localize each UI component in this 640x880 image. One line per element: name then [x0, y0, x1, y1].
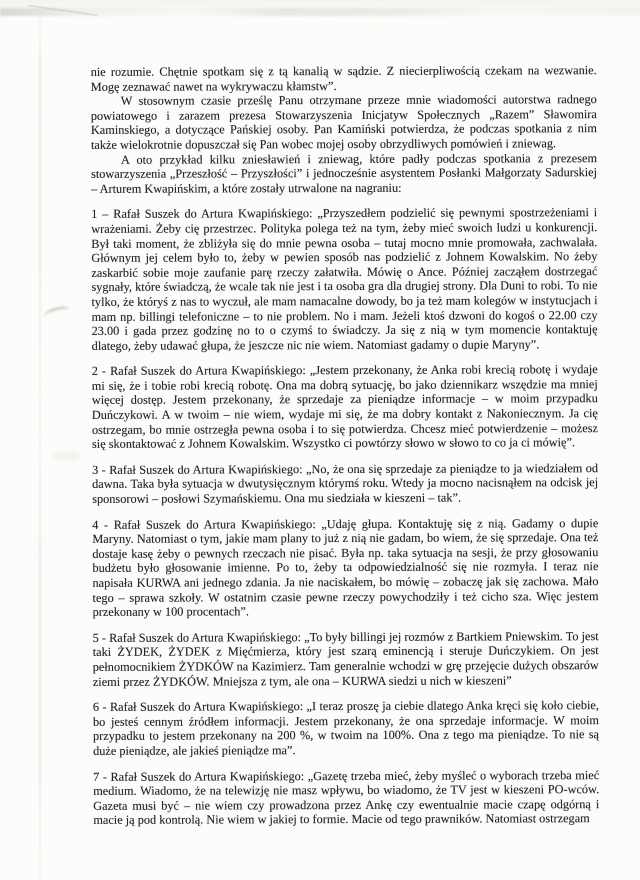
- quote-item-7: 7 - Rafał Suszek do Artura Kwapińskiego:…: [93, 768, 599, 828]
- scanned-page: nie rozumie. Chętnie spotkam się z tą ka…: [0, 0, 640, 880]
- paragraph-continuation: nie rozumie. Chętnie spotkam się z tą ka…: [91, 63, 597, 94]
- scan-crease-vertical: [39, 0, 41, 880]
- quote-item-6: 6 - Rafał Suszek do Artura Kwapińskiego:…: [93, 698, 599, 758]
- quote-item-3: 3 - Rafał Suszek do Artura Kwapińskiego:…: [92, 461, 598, 507]
- pencil-smudge: [43, 305, 71, 324]
- paragraph-body: W stosownym czasie prześlę Panu otrzyman…: [91, 92, 597, 152]
- quote-item-4: 4 - Rafał Suszek do Artura Kwapińskiego:…: [92, 516, 598, 620]
- letter-body: nie rozumie. Chętnie spotkam się z tą ka…: [91, 63, 600, 828]
- quote-item-1: 1 – Rafał Suszek do Artura Kwapińskiego:…: [91, 205, 598, 353]
- scan-smudge: [52, 452, 82, 460]
- quote-item-5: 5 - Rafał Suszek do Artura Kwapińskiego:…: [93, 629, 599, 689]
- paragraph-body: A oto przykład kilku zniesławień i zniew…: [91, 151, 597, 197]
- quote-item-2: 2 - Rafał Suszek do Artura Kwapińskiego:…: [92, 362, 598, 451]
